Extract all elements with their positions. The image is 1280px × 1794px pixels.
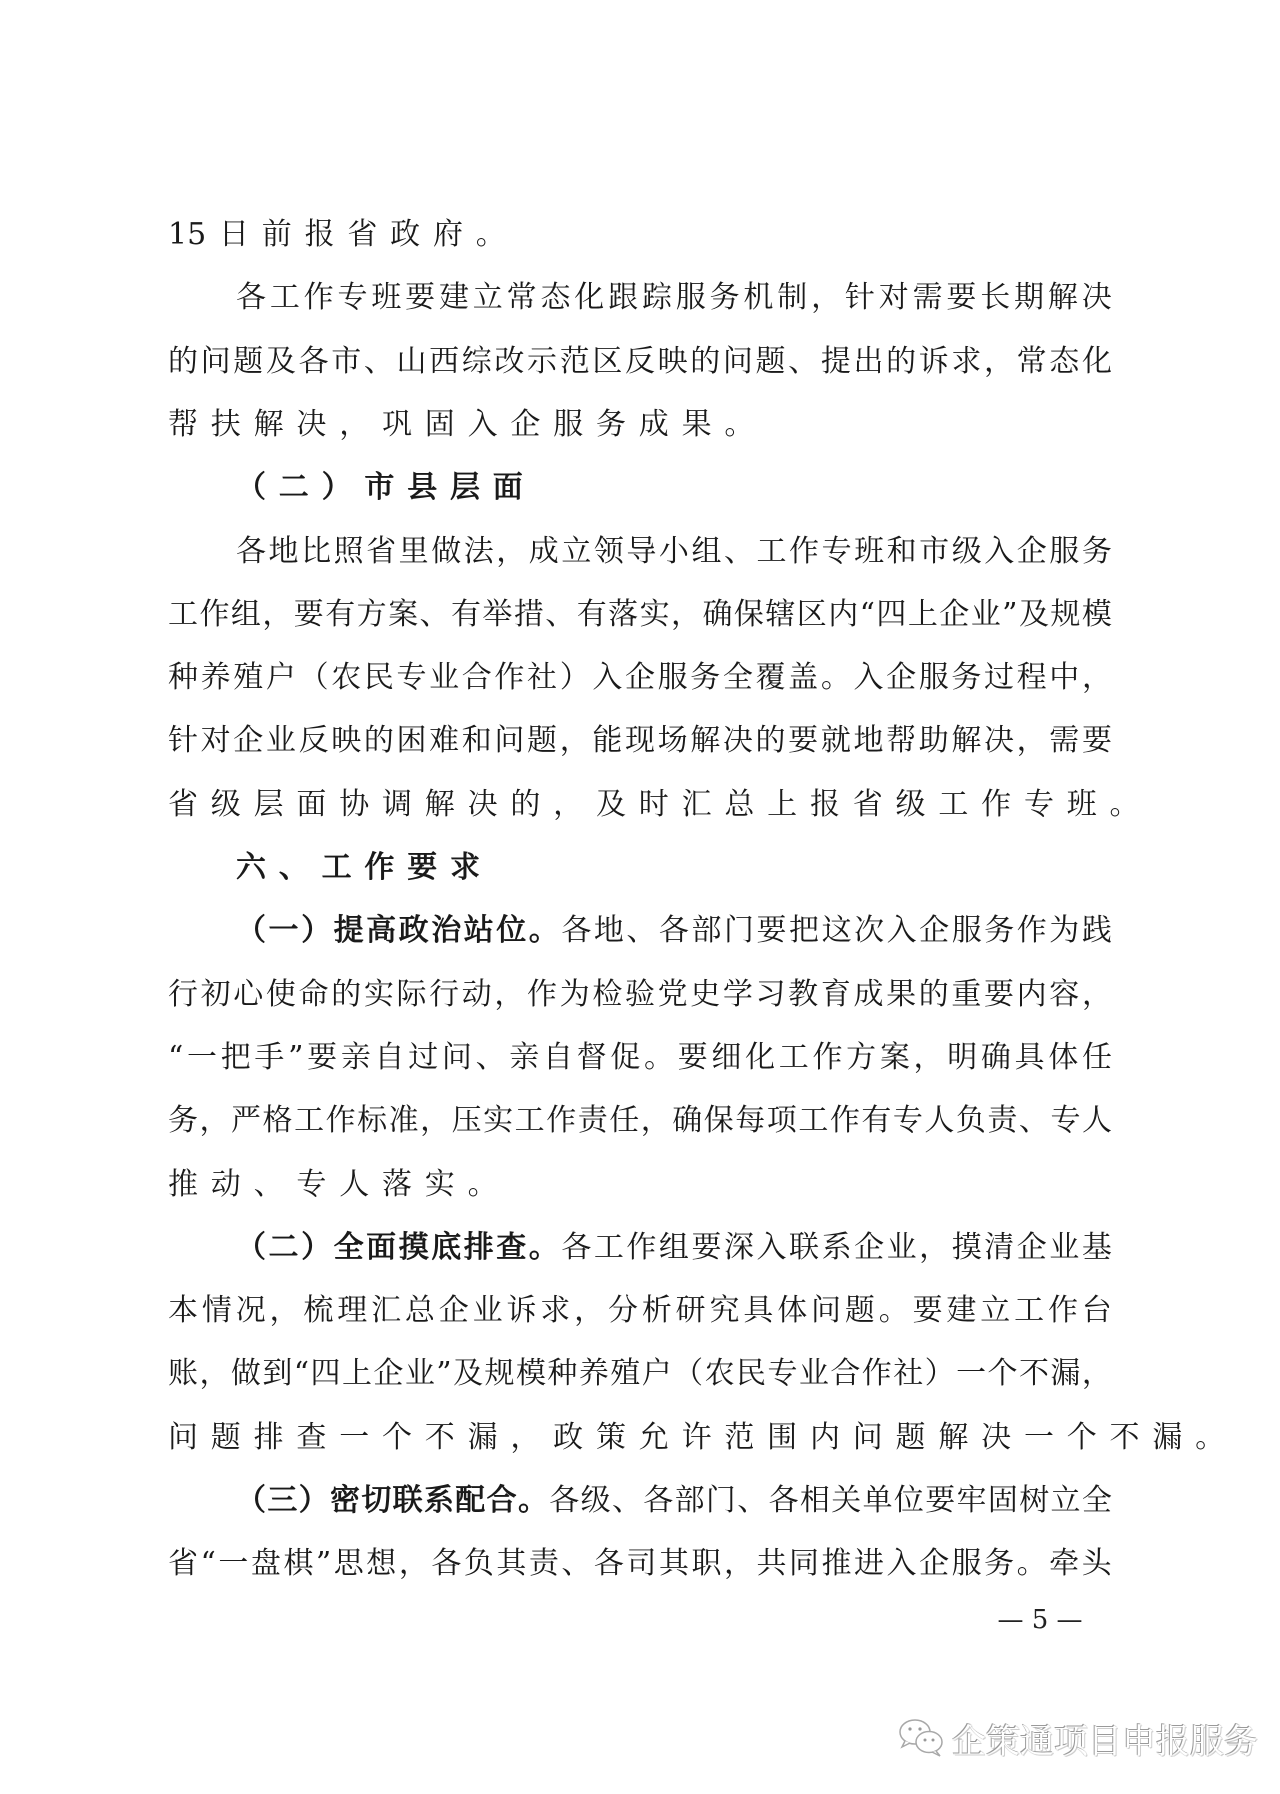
paragraph-line: 帮扶解决，巩固入企服务成果。 [168,405,1112,445]
paragraph-line: （一）提高政治站位。各地、各部门要把这次入企服务作为践 [236,911,1112,951]
paragraph-line: （三）密切联系配合。各级、各部门、各相关单位要牢固树立全 [236,1481,1112,1521]
paragraph-line: 账，做到“四上企业”及规模种养殖户（农民专业合作社）一个不漏， [168,1354,1112,1394]
page-number: — 5 — [970,1602,1110,1638]
paragraph-line: “一把手”要亲自过问、亲自督促。要细化工作方案，明确具体任 [168,1038,1112,1078]
paragraph-line: 行初心使命的实际行动，作为检验党史学习教育成果的重要内容， [168,975,1112,1015]
paragraph-line: 针对企业反映的困难和问题，能现场解决的要就地帮助解决，需要 [168,721,1112,761]
paragraph-line: 各工作专班要建立常态化跟踪服务机制，针对需要长期解决 [236,278,1112,318]
paragraph-line: 15 日前报省政府。 [168,215,1112,255]
wechat-icon [896,1716,948,1760]
watermark: 企策通项目申报服务 [896,1712,1258,1764]
paragraph-line: 务，严格工作标准，压实工作责任，确保每项工作有专人负责、专人 [168,1101,1112,1141]
subsection-heading: （二）市县层面 [236,468,1112,508]
watermark-text: 企策通项目申报服务 [952,1714,1258,1763]
paragraph-line: 各地比照省里做法，成立领导小组、工作专班和市级入企服务 [236,532,1112,572]
paragraph-line: 种养殖户（农民专业合作社）入企服务全覆盖。入企服务过程中， [168,658,1112,698]
paragraph-line: 本情况，梳理汇总企业诉求，分析研究具体问题。要建立工作台 [168,1291,1112,1331]
paragraph-line: 工作组，要有方案、有举措、有落实，确保辖区内“四上企业”及规模 [168,595,1112,635]
section-heading: 六、工作要求 [236,848,1112,888]
paragraph-line: 的问题及各市、山西综改示范区反映的问题、提出的诉求，常态化 [168,342,1112,382]
paragraph-line: 推动、专人落实。 [168,1165,1112,1205]
paragraph-line: （二）全面摸底排查。各工作组要深入联系企业，摸清企业基 [236,1228,1112,1268]
paragraph-line: 问题排查一个不漏，政策允许范围内问题解决一个不漏。 [168,1418,1112,1458]
document-page: 15 日前报省政府。各工作专班要建立常态化跟踪服务机制，针对需要长期解决的问题及… [0,0,1280,1794]
paragraph-line: 省“一盘棋”思想，各负其责、各司其职，共同推进入企服务。牵头 [168,1544,1112,1584]
paragraph-line: 省级层面协调解决的，及时汇总上报省级工作专班。 [168,785,1112,825]
